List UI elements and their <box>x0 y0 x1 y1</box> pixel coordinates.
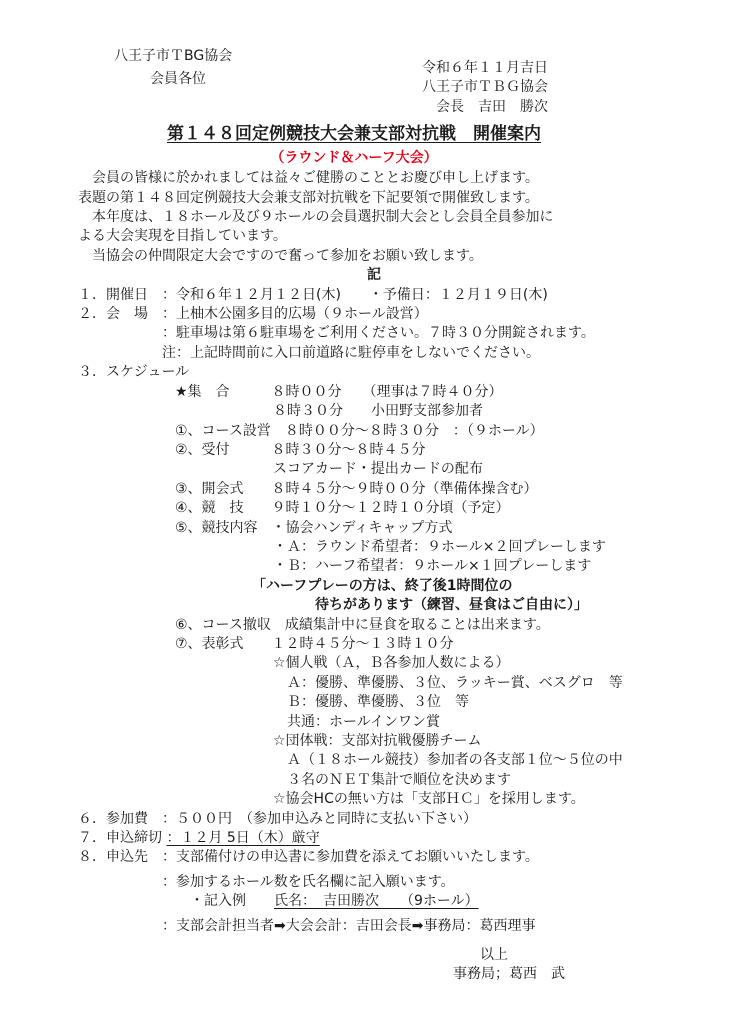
schedule-course-setup: ①、コース設営 ８時００分～８時３０分 ：（９ホール） <box>78 422 670 441</box>
schedule-award-common: 共通：ホールインワン賞 <box>78 713 670 732</box>
document-title-row: 第１４８回定例競技大会兼支部対抗戦 開催案内 <box>78 122 630 147</box>
intro-line-3: 本年度は、１８ホール及び９ホールの会員選択制大会とし会員全員参加に <box>78 208 670 227</box>
schedule-scorecard-note: スコアカード・提出カードの配布 <box>78 460 670 479</box>
schedule-option-b-half: ・Ｂ：ハーフ希望者：９ホール×１回プレーします <box>78 557 670 576</box>
salutation: 会員各位 <box>150 67 232 91</box>
schedule-competition: ④、競 技 ９時１０分～１２時１０分頃（予定） <box>78 499 670 518</box>
schedule-competition-details: ⑤、競技内容 ・協会ハンディキャップ方式 <box>78 519 670 538</box>
ki-marker: 記 <box>78 266 670 285</box>
schedule-individual-awards: ☆個人戦（Ａ，Ｂ各参加人数による） <box>78 654 670 673</box>
intro-line-1: 会員の皆様に於かれましては益々ご健勝のこととお慶び申し上げます。 <box>78 169 670 188</box>
intro-line-4: よる大会実現を目指しています。 <box>78 227 670 246</box>
subtitle-round-half: （ラウンド＆ハーフ大会） <box>78 147 630 169</box>
example-name-field: 氏名： 吉田勝次 （9ホール） <box>274 893 479 909</box>
item-venue-note: 注：上記時間前に入口前道路に駐停車をしないでください。 <box>78 344 670 363</box>
schedule-opening-ceremony: ③、開会式 ８時４５分～９時００分（準備体操含む） <box>78 480 670 499</box>
schedule-award-b: Ｂ：優勝、準優勝、３位 等 <box>78 693 670 712</box>
schedule-half-wait-note-1: 「ハーフプレーの方は、終了後1時間位の <box>78 577 670 596</box>
item-apply-to: ８．申込先 ：支部備付けの申込書に参加費を添えてお願いいたします。 <box>78 848 670 867</box>
document-page: 八王子市ＴBG協会 会員各位 令和６年１１月吉日 八王子市ＴＢＧ協会 会長 吉田… <box>0 0 730 1033</box>
org-line: 八王子市ＴＢＧ協会 <box>422 78 548 97</box>
header-right: 令和６年１１月吉日 八王子市ＴＢＧ協会 会長 吉田 勝次 <box>422 59 548 117</box>
item-schedule-heading: ３．スケジュール <box>78 363 670 382</box>
document-header: 八王子市ＴBG協会 会員各位 令和６年１１月吉日 八王子市ＴＢＧ協会 会長 吉田… <box>78 45 670 117</box>
schedule-option-a-round: ・Ａ：ラウンド希望者：９ホール×２回プレーします <box>78 538 670 557</box>
schedule-reception: ②、受付 ８時３０分～８時４５分 <box>78 441 670 460</box>
header-left: 八王子市ＴBG協会 会員各位 <box>78 45 232 117</box>
date-line: 令和６年１１月吉日 <box>422 59 548 78</box>
item-event-date: １．開催日 ：令和６年１２月１２日(木) ・予備日：１２月１９日(木) <box>78 286 670 305</box>
item-entry-fee: ６．参加費 ：５００円 （参加申込みと同時に支払い下さい） <box>78 810 670 829</box>
deadline-label: ７．申込締切 <box>78 830 166 846</box>
page-title: 第１４８回定例競技大会兼支部対抗戦 開催案内 <box>167 124 541 144</box>
president-line: 会長 吉田 勝次 <box>422 98 548 117</box>
item-apply-flow: ：支部会計担当者➡大会会計：吉田会長➡事務局：葛西理事 <box>78 917 670 936</box>
schedule-team-rule-1: Ａ（１８ホール競技）参加者の各支部１位～５位の中 <box>78 751 670 770</box>
org-name: 八王子市ＴBG協会 <box>114 45 232 67</box>
item-apply-example: ・記入例 氏名： 吉田勝次 （9ホール） <box>78 892 670 911</box>
schedule-team-award: ☆団体戦：支部対抗戦優勝チーム <box>78 732 670 751</box>
schedule-gathering: ★集 合 ８時００分 （理事は７時４０分） <box>78 383 670 402</box>
item-venue: ２．会 場 ：上柚木公園多目的広場（９ホール設営） <box>78 305 670 324</box>
intro-line-2: 表題の第１４８回定例競技大会兼支部対抗戦を下記要領で開催致します。 <box>78 189 670 208</box>
closing-secretariat: 事務局；葛西 武 <box>78 965 565 984</box>
item-deadline: ７．申込締切 ：１２月 5日（木）厳守 <box>78 829 670 848</box>
schedule-awards-ceremony: ⑦、表彰式 １２時４５分～１３時１０分 <box>78 635 670 654</box>
schedule-award-a: Ａ：優勝、準優勝、３位、ラッキー賞、ベスグロ 等 <box>78 674 670 693</box>
schedule-team-rule-2: ３名のＮＥＴ集計で順位を決めます <box>78 771 670 790</box>
schedule-half-wait-note-2: 待ちがあります（練習、昼食はご自由に）」 <box>78 596 670 615</box>
schedule-hc-note: ☆協会HCの無い方は「支部ＨＣ」を採用します。 <box>78 790 670 809</box>
example-prefix: ・記入例 <box>78 893 274 909</box>
schedule-course-removal: ⑥、コース撤収 成績集計中に昼食を取ることは出来ます。 <box>78 616 670 635</box>
deadline-value: ：１２月 5日（木）厳守 <box>166 830 319 846</box>
closing-ijou: 以上 <box>78 946 508 965</box>
item-venue-parking: ：駐車場は第６駐車場をご利用ください。７時３０分開錠されます。 <box>78 324 670 343</box>
item-apply-holes-note: ：参加するホール数を氏名欄に記入願います。 <box>78 873 670 892</box>
intro-line-5: 当協会の仲間限定大会ですので奮って参加をお願い致します。 <box>78 247 670 266</box>
schedule-gathering-odano: ８時３０分 小田野支部参加者 <box>78 402 670 421</box>
